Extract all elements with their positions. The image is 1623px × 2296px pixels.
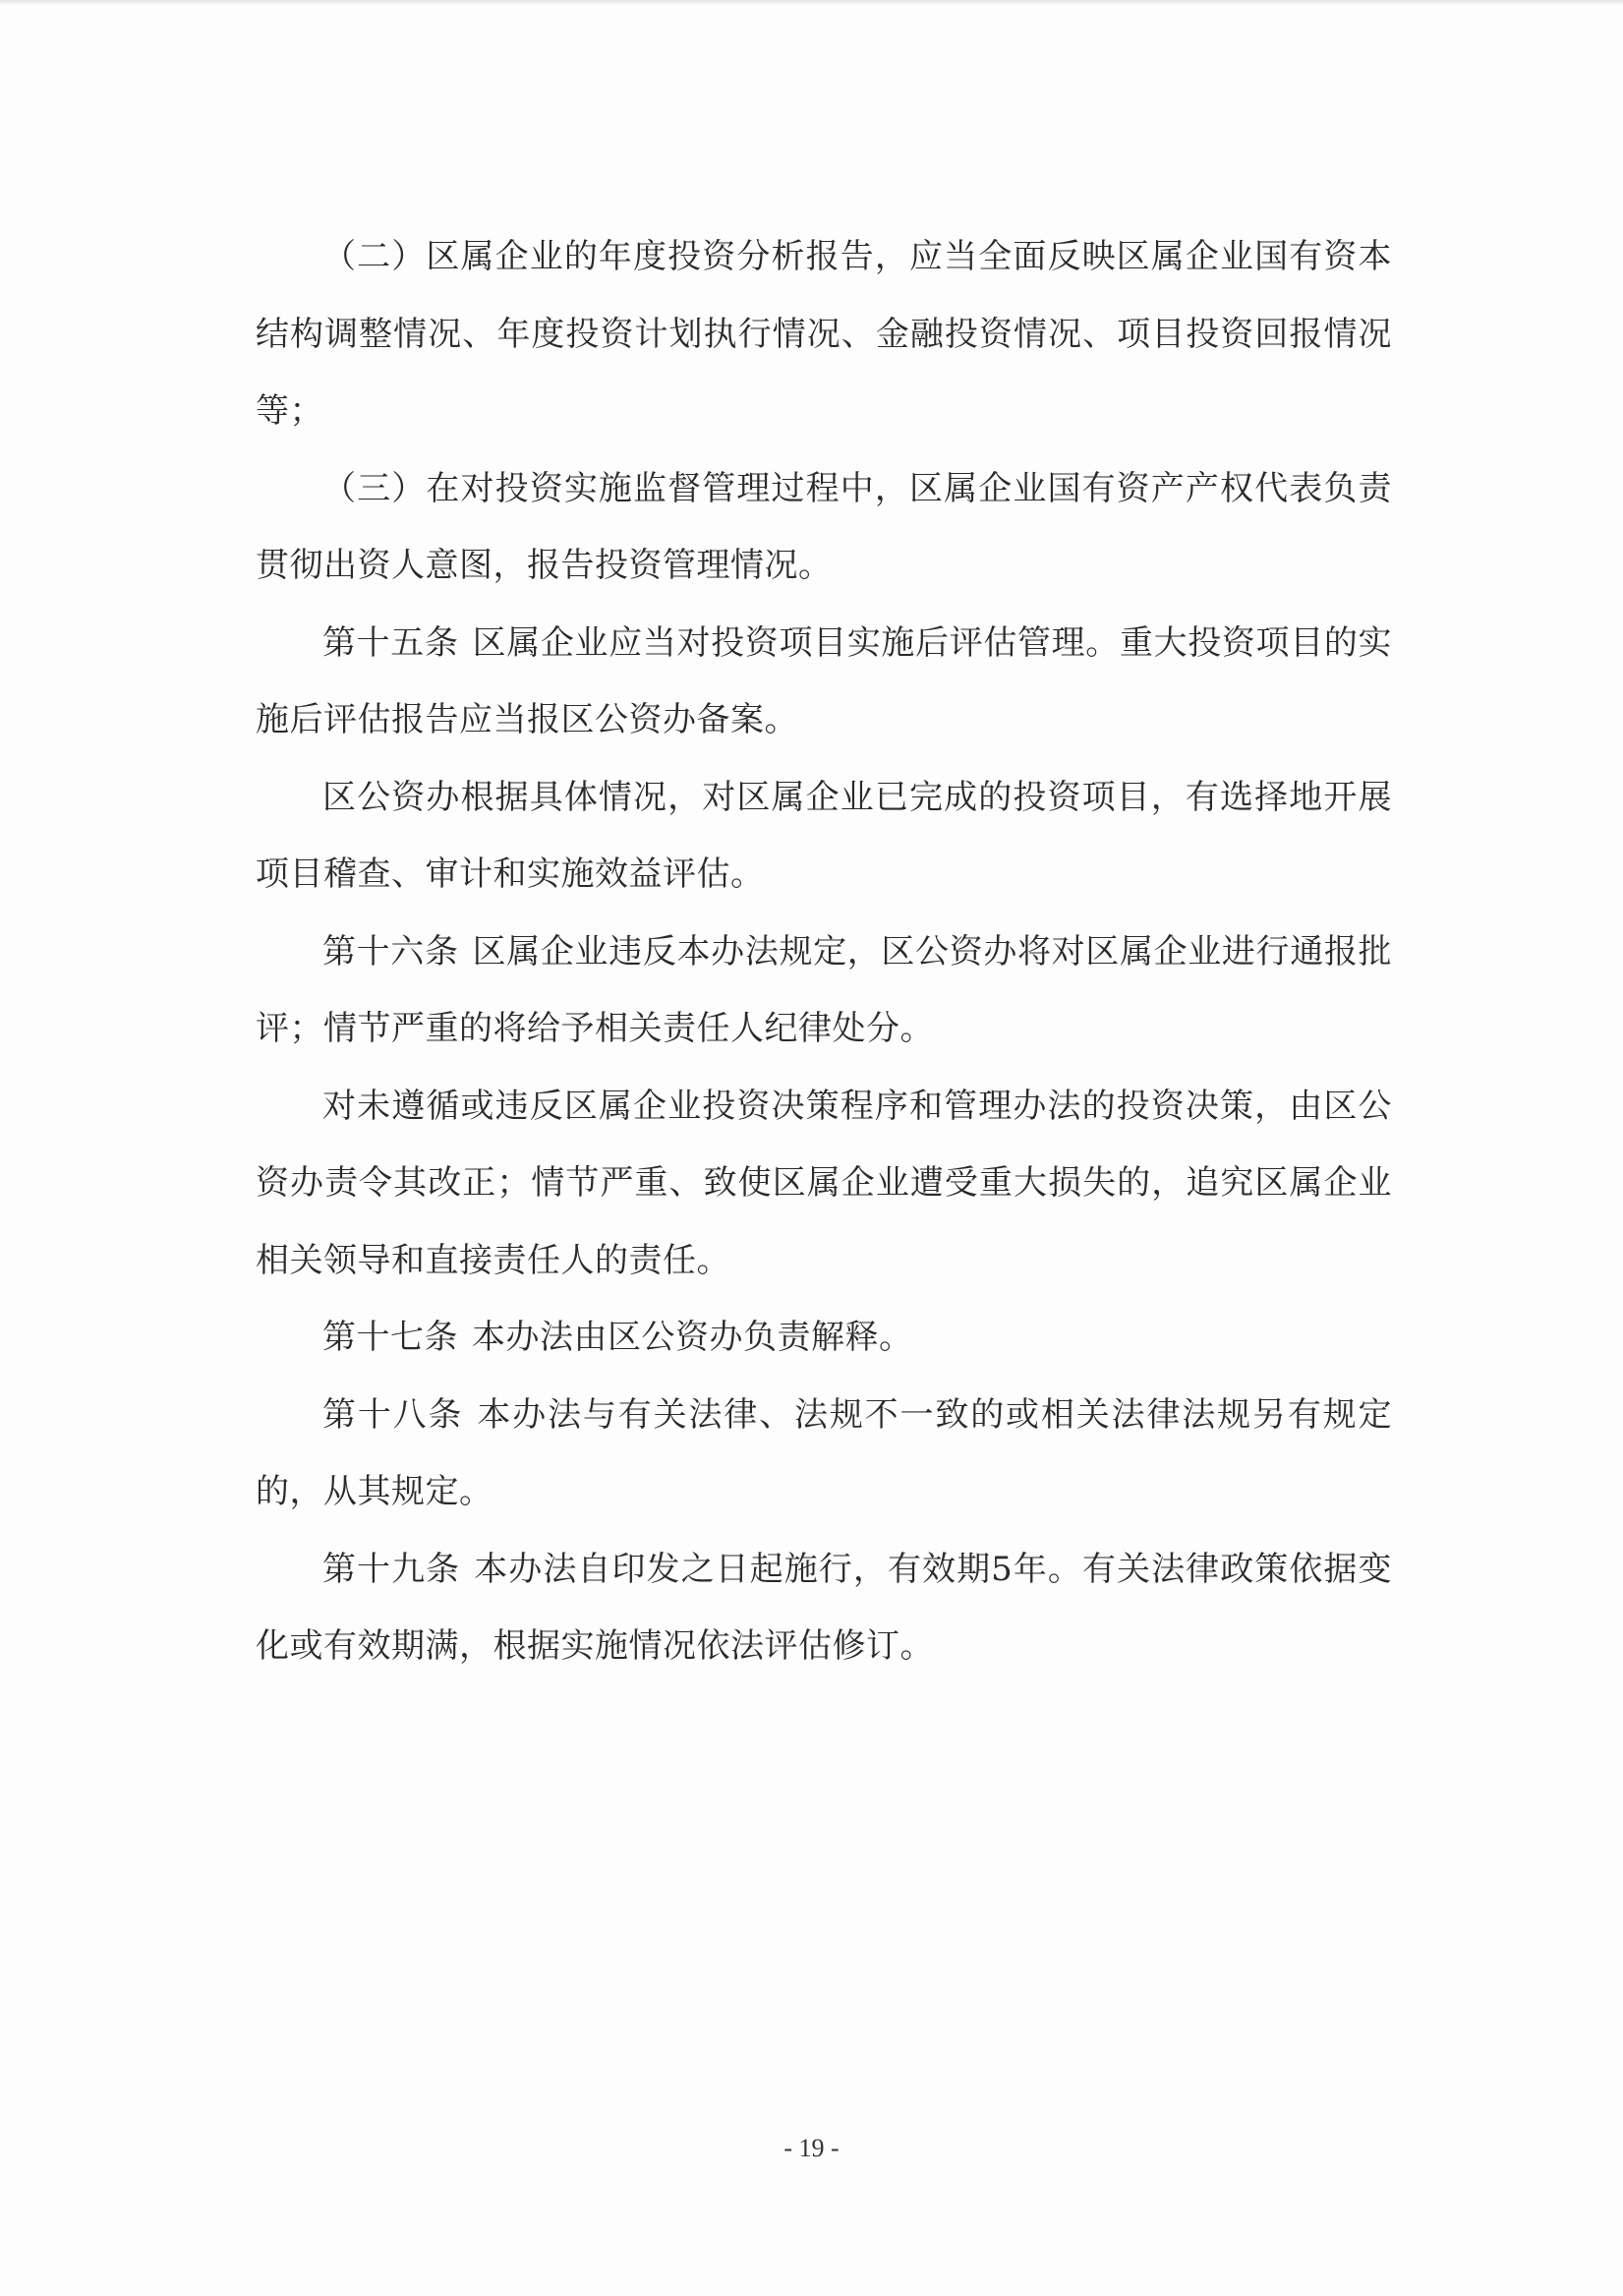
document-body: （二）区属企业的年度投资分析报告，应当全面反映区属企业国有资本结构调整情况、年度… [256,218,1392,1685]
paragraph-article-16-responsibility: 对未遵循或违反区属企业投资决策程序和管理办法的投资决策，由区公资办责令其改正；情… [256,1068,1392,1300]
paragraph-text: 区公资办根据具体情况，对区属企业已完成的投资项目，有选择地开展项目稽查、审计和实… [256,778,1392,895]
paragraph-supervision-process: （三）在对投资实施监督管理过程中，区属企业国有资产产权代表负责贯彻出资人意图，报… [256,450,1392,605]
paragraph-text: （三）在对投资实施监督管理过程中，区属企业国有资产产权代表负责贯彻出资人意图，报… [256,469,1392,586]
paragraph-article-19: 第十九条本办法自印发之日起施行，有效期5年。有关法律政策依据变化或有效期满，根据… [256,1531,1392,1685]
article-label: 第十九条 [322,1550,460,1589]
article-label: 第十八条 [322,1395,463,1435]
paragraph-article-15: 第十五条区属企业应当对投资项目实施后评估管理。重大投资项目的实施后评估报告应当报… [256,605,1392,759]
paragraph-text: （二）区属企业的年度投资分析报告，应当全面反映区属企业国有资本结构调整情况、年度… [256,237,1392,431]
article-label: 第十七条 [322,1318,458,1357]
scan-edge [0,0,1623,6]
paragraph-article-18: 第十八条本办法与有关法律、法规不一致的或相关法律法规另有规定的，从其规定。 [256,1377,1392,1531]
paragraph-text: 本办法由区公资办负责解释。 [472,1318,913,1357]
page-number: - 19 - [0,2134,1623,2163]
paragraph-article-16: 第十六条区属企业违反本办法规定，区公资办将对区属企业进行通报批评；情节严重的将给… [256,913,1392,1068]
paragraph-investment-analysis-report: （二）区属企业的年度投资分析报告，应当全面反映区属企业国有资本结构调整情况、年度… [256,218,1392,450]
article-label: 第十六条 [322,932,459,971]
paragraph-text: 对未遵循或违反区属企业投资决策程序和管理办法的投资决策，由区公资办责令其改正；情… [256,1087,1392,1280]
paragraph-article-15-audit: 区公资办根据具体情况，对区属企业已完成的投资项目，有选择地开展项目稽查、审计和实… [256,759,1392,913]
document-page: （二）区属企业的年度投资分析报告，应当全面反映区属企业国有资本结构调整情况、年度… [0,0,1623,2296]
paragraph-article-17: 第十七条本办法由区公资办负责解释。 [256,1299,1392,1377]
article-label: 第十五条 [322,623,459,663]
